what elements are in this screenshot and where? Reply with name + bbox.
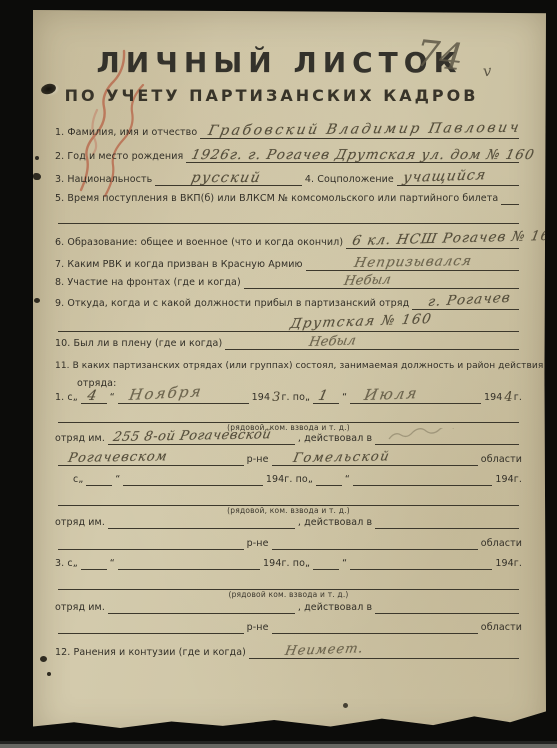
unit-row: отряд им. , действовал в [55, 515, 522, 529]
field-row-party-entry: 5. Время поступления в ВКП(б) или ВЛКСМ … [55, 191, 522, 205]
month-underline [353, 472, 492, 486]
field-row-nationality-social: 3. Национальность русский 4. Соцположени… [55, 172, 522, 186]
field-row-birth: 2. Год и место рождения 1926г. г. Рогаче… [55, 149, 522, 163]
field-row-wounds: 12. Ранения и контузии (где и когда) Неи… [55, 645, 522, 659]
handwritten-value: Неимеет. [284, 642, 365, 658]
month-underline [350, 556, 492, 570]
quote: „ [73, 393, 78, 405]
field-row-fronts: 8. Участие на фронтах (где и когда) Небы… [55, 275, 522, 289]
entry-prefix: 1. с [55, 393, 73, 405]
year-prefix: 194 [495, 475, 513, 487]
quote: “ [115, 475, 120, 487]
field-label: 1. Фамилия, имя и отчество [55, 128, 197, 140]
year-prefix: 194 [495, 559, 513, 571]
district-underline [58, 620, 244, 634]
to-label: г. по [284, 475, 308, 487]
pencil-checkmark: v [482, 62, 492, 81]
field-label: 4. Соцположение [305, 175, 394, 187]
service-entry-dates: 3. с „ “ 194 г. по „ “ 194 г. [55, 556, 522, 570]
handwritten-value: 1926г. г. Рогачев Друтская ул. дом № 160 [190, 149, 536, 163]
handwritten-value: учащийся [402, 168, 487, 185]
field-row-rvk: 7. Каким РВК и когда призван в Красную А… [55, 257, 522, 271]
day-underline: 4 [81, 390, 107, 404]
year-suffix: г. [514, 393, 522, 405]
district-label: р-не [247, 623, 269, 635]
quote: “ [110, 393, 115, 405]
region-underline [272, 536, 478, 550]
field-underline: русский [155, 172, 302, 186]
quote: „ [308, 475, 313, 487]
paper-speck [40, 656, 47, 662]
field-underline: 1926г. г. Рогачев Друтская ул. дом № 160 [186, 149, 519, 163]
field-underline: учащийся [397, 172, 519, 186]
rank-caption: (рядовой ком. взвода и т. д.) [55, 590, 522, 599]
month-underline [118, 556, 260, 570]
handwritten-district: Рогачевском [67, 450, 169, 465]
field-label: 3. Национальность [55, 175, 152, 187]
district-label: р-не [247, 539, 269, 551]
year-suffix: г. [514, 475, 522, 487]
field-row-education: 6. Образование: общее и военное (что и к… [55, 235, 522, 249]
pencil-page-number: 74 [414, 32, 465, 80]
handwritten-month: Июля [363, 386, 420, 403]
acted-underline [375, 600, 519, 614]
scan-edge-strip [0, 744, 557, 748]
geo-row: Рогачевском р-не Гомельской области [55, 452, 522, 466]
field-underline [501, 191, 519, 205]
field-underline [58, 409, 519, 423]
field-underline: Непризывался [306, 257, 519, 271]
region-label: области [481, 455, 522, 467]
field-underline: Небыл [244, 275, 519, 289]
field-label: 8. Участие на фронтах (где и когда) [55, 278, 241, 290]
acted-underline [375, 431, 519, 445]
field-label: 5. Время поступления в ВКП(б) или ВЛКСМ … [55, 194, 498, 206]
handwritten-value: Небыл [308, 334, 357, 349]
paper-speck [343, 703, 348, 708]
unit-underline: 255 8-ой Рогачевской [108, 431, 295, 445]
year-prefix: 194 [266, 475, 284, 487]
field-label: 2. Год и место рождения [55, 152, 183, 164]
faint-pencil-scribble [387, 428, 457, 442]
field-label: 12. Ранения и контузии (где и когда) [55, 648, 246, 660]
acted-underline [375, 515, 519, 529]
paper-sheet: ЛИЧНЫЙ ЛИСТОК ПО УЧЕТУ ПАРТИЗАНСКИХ КАДР… [33, 10, 546, 736]
region-label: области [481, 539, 522, 551]
paper-speck [35, 156, 39, 160]
field-row-party-entry-cont [55, 210, 522, 224]
rank-underline-row [55, 576, 522, 590]
field-label: 7. Каким РВК и когда призван в Красную А… [55, 260, 303, 272]
unit-underline [108, 600, 295, 614]
handwritten-value: русский [190, 171, 263, 185]
day-underline [313, 556, 339, 570]
handwritten-month: Ноября [128, 384, 204, 403]
field-row-arrived-from-cont: Друтская № 160 [55, 318, 522, 332]
year-prefix: 194 [484, 393, 502, 405]
month-underline [123, 472, 262, 486]
field-row-captivity: 10. Был ли в плену (где и когда) Небыл [55, 336, 522, 350]
rank-underline-row [55, 492, 522, 506]
field-row-arrived-from: 9. Откуда, когда и с какой должности при… [55, 296, 522, 310]
handwritten-unit: 255 8-ой Рогачевской [112, 428, 273, 444]
handwritten-value: Грабовский Владимир Павлович [207, 121, 522, 138]
scan-edge-strip-dark [0, 741, 557, 744]
handwritten-value: Друтская № 160 [289, 313, 433, 331]
field-label: 10. Был ли в плену (где и когда) [55, 339, 222, 351]
handwritten-region: Гомельской [292, 450, 391, 465]
entry-prefix: 3. с [55, 559, 73, 571]
paper-speck [33, 173, 41, 180]
handwritten-value: Непризывался [353, 254, 473, 270]
quote: „ [305, 393, 310, 405]
field-underline: Грабовский Владимир Павлович [200, 125, 519, 139]
quote: „ [78, 475, 83, 487]
unit-underline [108, 515, 295, 529]
year-suffix: г. [514, 559, 522, 571]
unit-label: отряд им. [55, 603, 105, 615]
field-underline: Небыл [225, 336, 519, 350]
field-underline [58, 576, 519, 590]
year-prefix: 194 [252, 393, 270, 405]
handwritten-year-digit: 4 [502, 391, 513, 404]
field-underline: г. Рогачев [412, 296, 519, 310]
service-entry-dates: с „ “ 194 г. по „ “ 194 г. [73, 472, 522, 486]
day-underline: 1 [313, 390, 339, 404]
day-underline [86, 472, 112, 486]
unit-row: отряд им. 255 8-ой Рогачевской , действо… [55, 431, 522, 445]
field-row-units-heading: 11. В каких партизанских отрядах (или гр… [55, 362, 522, 373]
to-label: г. по [281, 559, 305, 571]
geo-row: р-не области [55, 536, 522, 550]
district-underline [58, 536, 244, 550]
field-underline [58, 492, 519, 506]
field-underline: Неимеет. [249, 645, 519, 659]
handwritten-value: Небыл [343, 273, 392, 288]
unit-row: отряд им. , действовал в [55, 600, 522, 614]
handwritten-day: 1 [317, 389, 329, 403]
region-underline [272, 620, 478, 634]
rank-underline-row [55, 409, 522, 423]
year-prefix: 194 [263, 559, 281, 571]
form-subtitle: ПО УЧЕТУ ПАРТИЗАНСКИХ КАДРОВ [15, 86, 528, 105]
paper-speck [34, 298, 40, 303]
quote: “ [342, 393, 347, 405]
acted-label: , действовал в [298, 603, 372, 615]
handwritten-day: 4 [86, 389, 98, 403]
field-row-surname: 1. Фамилия, имя и отчество Грабовский Вл… [55, 125, 522, 139]
quote: “ [345, 475, 350, 487]
to-label: г. по [281, 393, 305, 405]
paper-speck [47, 672, 51, 676]
handwritten-year-digit: 3 [270, 391, 281, 404]
service-entry-dates: 1. с „ 4 “ Ноября 194 3 г. по „ 1 “ Июля… [55, 390, 522, 404]
field-label: 11. В каких партизанских отрядах (или гр… [55, 362, 543, 373]
quote: „ [73, 559, 78, 571]
acted-label: , действовал в [298, 518, 372, 530]
quote: “ [110, 559, 115, 571]
rank-caption: (рядовой, ком. взвода и т. д.) [55, 506, 522, 515]
quote: „ [305, 559, 310, 571]
field-label: 9. Откуда, когда и с какой должности при… [55, 299, 409, 311]
field-underline [58, 210, 519, 224]
day-underline [81, 556, 107, 570]
month-underline: Июля [350, 390, 481, 404]
field-label: 6. Образование: общее и военное (что и к… [55, 238, 343, 250]
field-underline: 6 кл. НСШ Рогачев № 160 [346, 235, 519, 249]
handwritten-value: г. Рогачев [427, 291, 512, 309]
region-underline: Гомельской [272, 452, 478, 466]
month-underline: Ноября [118, 390, 249, 404]
field-underline: Друтская № 160 [58, 318, 519, 332]
district-underline: Рогачевском [58, 452, 244, 466]
acted-label: , действовал в [298, 434, 372, 446]
quote: “ [342, 559, 347, 571]
unit-label: отряд им. [55, 434, 105, 446]
geo-row: р-не области [55, 620, 522, 634]
handwritten-value: 6 кл. НСШ Рогачев № 160 [351, 229, 557, 248]
unit-label: отряд им. [55, 518, 105, 530]
region-label: области [481, 623, 522, 635]
day-underline [316, 472, 342, 486]
district-label: р-не [247, 455, 269, 467]
